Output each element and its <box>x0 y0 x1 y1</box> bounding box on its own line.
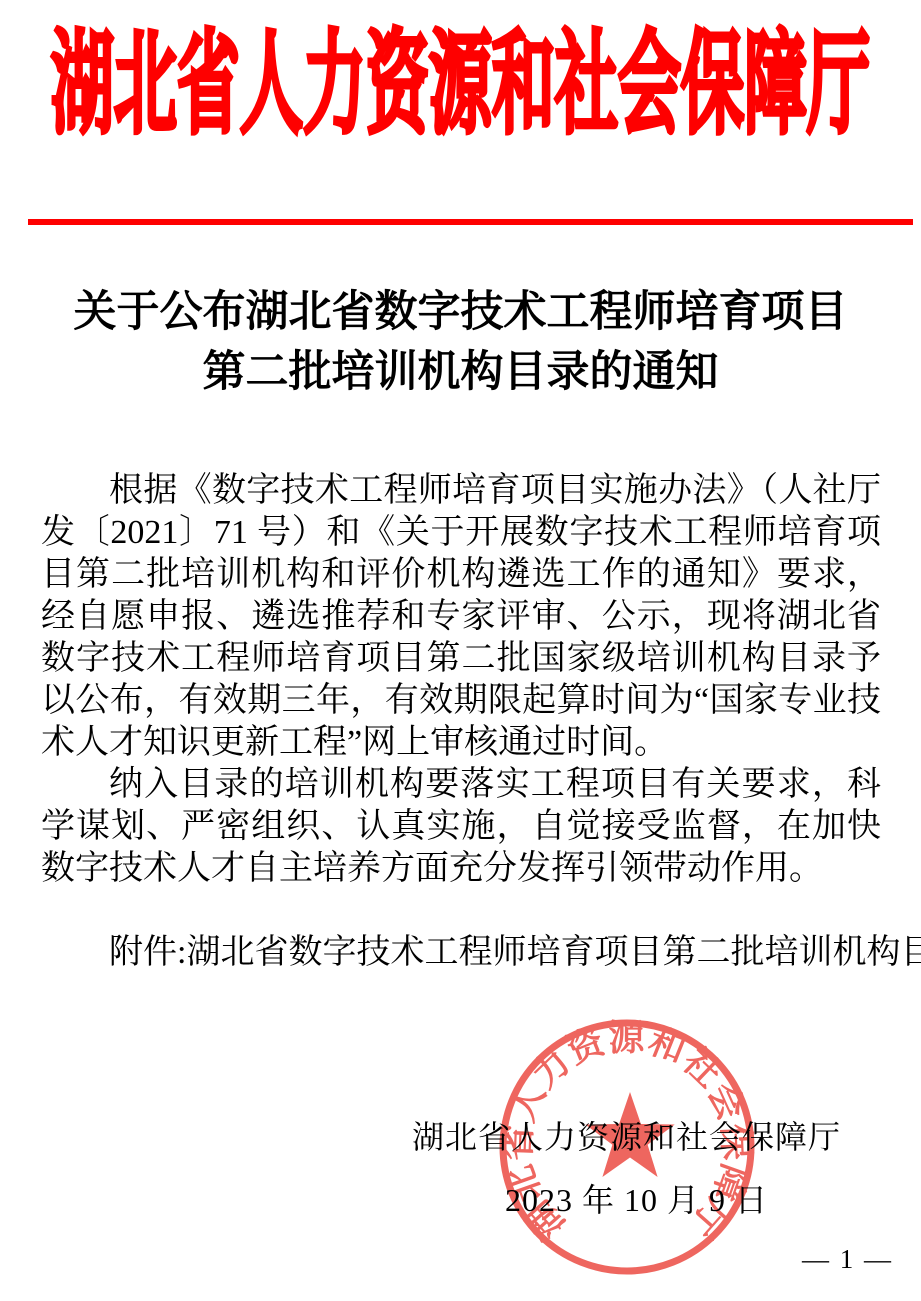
red-divider-rule <box>28 219 913 225</box>
attachment-line: 附件:湖北省数字技术工程师培育项目第二批培训机构目录 <box>41 932 881 974</box>
signature-agency: 湖北省人力资源和社会保障厅 <box>412 1112 841 1158</box>
document-title-line1: 关于公布湖北省数字技术工程师培育项目 <box>0 283 921 343</box>
paragraph-2: 纳入目录的培训机构要落实工程项目有关要求，科学谋划、严密组织、认真实施，自觉接受… <box>41 764 881 890</box>
document-body: 根据《数字技术工程师培育项目实施办法》（人社厅发〔2021〕71 号）和《关于开… <box>41 470 881 974</box>
paragraph-1: 根据《数字技术工程师培育项目实施办法》（人社厅发〔2021〕71 号）和《关于开… <box>41 470 881 764</box>
document-page: 湖北省人力资源和社会保障厅 关于公布湖北省数字技术工程师培育项目 第二批培训机构… <box>0 0 921 1301</box>
document-title-line2: 第二批培训机构目录的通知 <box>0 343 921 403</box>
signature-date: 2023 年 10 月 9 日 <box>505 1175 768 1221</box>
agency-masthead: 湖北省人力资源和社会保障厅 <box>0 30 921 142</box>
document-title: 关于公布湖北省数字技术工程师培育项目 第二批培训机构目录的通知 <box>0 283 921 403</box>
page-number: — 1 — <box>790 1244 905 1275</box>
